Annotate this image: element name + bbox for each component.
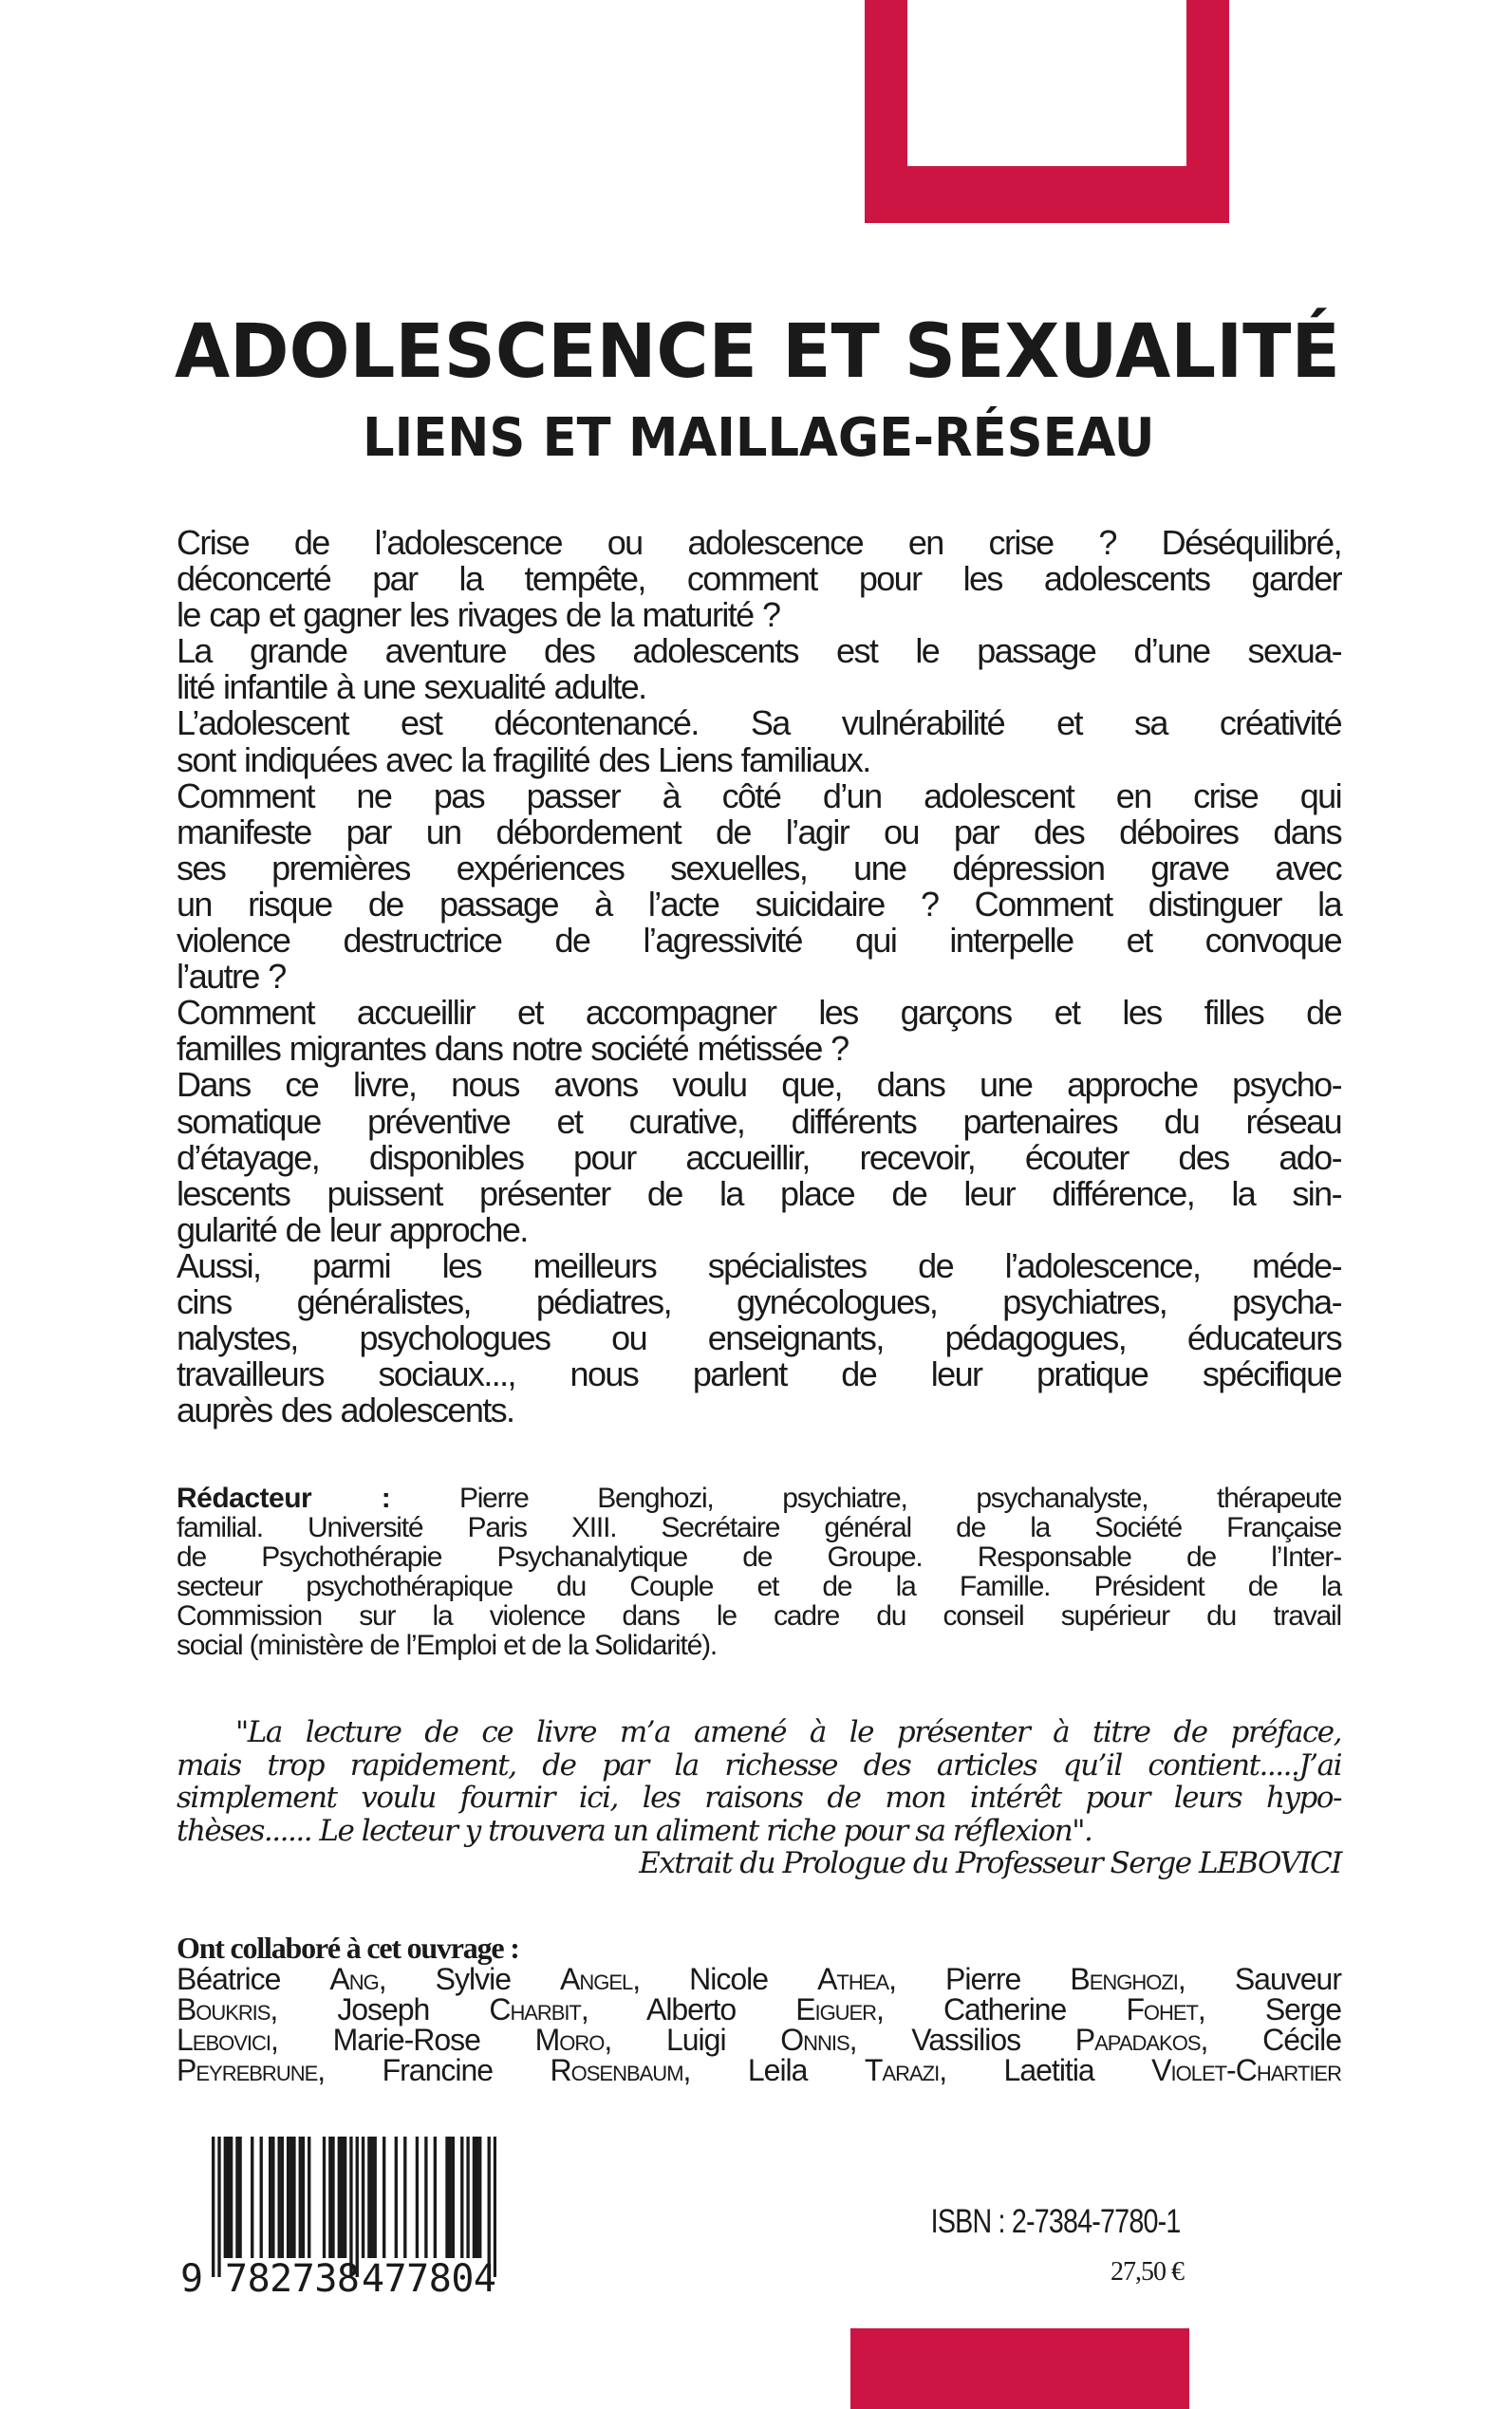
editor-line: social (ministère de l’Emploi et de la S… <box>177 1631 1341 1660</box>
top-red-frame-bottom <box>865 166 1229 223</box>
editor-bio: Rédacteur : Pierre Benghozi, psychiatre,… <box>177 1484 1341 1660</box>
blurb-line: le cap et gagner les rivages de la matur… <box>177 597 1341 633</box>
contributor-text: , Luigi <box>604 2023 780 2057</box>
blurb-line: violence destructrice de l’agressivité q… <box>177 923 1341 959</box>
contributor-text: , Alberto <box>581 1992 795 2026</box>
contributor-surname: Lebovici <box>177 2023 271 2057</box>
editor-line: de Psychothérapie Psychanalytique de Gro… <box>177 1542 1341 1572</box>
contributor-text: , Pierre <box>888 1962 1070 1996</box>
barcode-digits: 9 782738 477804 <box>180 2259 508 2299</box>
barcode-left-group: 782738 <box>225 2259 360 2299</box>
quote-line: simplement voulu fournir ici, les raison… <box>177 1782 1341 1815</box>
quote-attribution: Extrait du Prologue du Professeur Serge … <box>177 1847 1341 1880</box>
contributor-surname: Violet-Chartier <box>1151 2053 1341 2087</box>
blurb-line: Comment accueillir et accompagner les ga… <box>177 995 1341 1031</box>
contributor-text: , Vassilios <box>849 2023 1075 2057</box>
contributors-line: Lebovici, Marie-Rose Moro, Luigi Onnis, … <box>177 2025 1341 2055</box>
blurb-line: lescents puissent présenter de la place … <box>177 1176 1341 1212</box>
contributor-surname: Papadakos <box>1075 2023 1201 2057</box>
contributor-text: , Leila <box>683 2053 865 2087</box>
blurb-line: nalystes, psychologues ou enseignants, p… <box>177 1320 1341 1356</box>
blurb-line: gularité de leur approche. <box>177 1212 1341 1248</box>
contributors-line: Boukris, Joseph Charbit, Alberto Eiguer,… <box>177 1994 1341 2025</box>
blurb-line: cins généralistes, pédiatres, gynécologu… <box>177 1284 1341 1320</box>
blurb-line: auprès des adolescents. <box>177 1392 1341 1429</box>
blurb-line: sont indiquées avec la fragilité des Lie… <box>177 742 1341 778</box>
blurb-line: ses premières expériences sexuelles, une… <box>177 850 1341 887</box>
blurb-line: d’étayage, disponibles pour accueillir, … <box>177 1140 1341 1176</box>
contributor-surname: Benghozi <box>1070 1962 1178 1996</box>
blurb-line: lité infantile à une sexualité adulte. <box>177 669 1341 705</box>
contributor-text: , Catherine <box>876 1992 1126 2026</box>
contributor-text: , Laetitia <box>939 2053 1151 2087</box>
book-title: ADOLESCENCE ET SEXUALITÉ <box>175 313 1340 391</box>
contributors-heading: Ont collaboré à cet ouvrage : <box>177 1932 1341 1964</box>
contributor-text: , Sylvie <box>379 1962 560 1996</box>
contributor-text: , Sauveur <box>1178 1962 1341 1996</box>
editor-line: secteur psychothérapique du Couple et de… <box>177 1572 1341 1601</box>
contributor-surname: Charbit <box>489 1992 580 2026</box>
contributor-text: , Joseph <box>270 1992 489 2026</box>
contributor-text: , Nicole <box>632 1962 817 1996</box>
contributor-text: , Francine <box>317 2053 550 2087</box>
price-label: 27,50 € <box>1111 2257 1184 2288</box>
editor-line: familial. Université Paris XIII. Secréta… <box>177 1513 1341 1542</box>
blurb-line: L’adolescent est décontenancé. Sa vulnér… <box>177 705 1341 741</box>
quote-line: thèses...... Le lecteur y trouvera un al… <box>177 1815 1341 1848</box>
contributors-line: Béatrice Ang, Sylvie Angel, Nicole Athea… <box>177 1964 1341 1994</box>
contributor-surname: Ang <box>329 1962 378 1996</box>
contributor-text: , Serge <box>1198 1992 1341 2026</box>
blurb-line: somatique préventive et curative, différ… <box>177 1104 1341 1140</box>
contributors-line: Peyrebrune, Francine Rosenbaum, Leila Ta… <box>177 2055 1341 2085</box>
editor-first-line: Rédacteur : Pierre Benghozi, psychiatre,… <box>177 1484 1341 1513</box>
blurb-line: Aussi, parmi les meilleurs spécialistes … <box>177 1248 1341 1284</box>
blurb-line: déconcerté par la tempête, comment pour … <box>177 561 1341 597</box>
contributors-section: Ont collaboré à cet ouvrage : Béatrice A… <box>177 1932 1341 2085</box>
editor-label: Rédacteur : <box>177 1483 390 1514</box>
contributor-text: , Marie-Rose <box>271 2023 535 2057</box>
blurb-line: La grande aventure des adolescents est l… <box>177 633 1341 669</box>
blurb-line: un risque de passage à l’acte suicidaire… <box>177 887 1341 923</box>
barcode-icon <box>212 2137 496 2277</box>
contributor-text: , Cécile <box>1201 2023 1341 2057</box>
prologue-quote: "La lecture de ce livre m’a amené à le p… <box>177 1716 1341 1880</box>
blurb-line: Dans ce livre, nous avons voulu que, dan… <box>177 1067 1341 1103</box>
contributor-surname: Tarazi <box>865 2053 939 2087</box>
contributor-surname: Boukris <box>177 1992 270 2026</box>
blurb-line: familles migrantes dans notre société mé… <box>177 1031 1341 1067</box>
barcode-lead-digit: 9 <box>180 2259 203 2299</box>
contributor-surname: Angel <box>560 1962 632 1996</box>
book-subtitle: LIENS ET MAILLAGE-RÉSEAU <box>363 410 1155 467</box>
bottom-red-block <box>850 2328 1189 2409</box>
editor-line: Commission sur la violence dans le cadre… <box>177 1601 1341 1631</box>
blurb-line: travailleurs sociaux..., nous parlent de… <box>177 1356 1341 1392</box>
contributor-surname: Fohet <box>1126 1992 1197 2026</box>
blurb-line: Crise de l’adolescence ou adolescence en… <box>177 525 1341 561</box>
quote-line: "La lecture de ce livre m’a amené à le p… <box>177 1716 1341 1749</box>
contributors-list: Béatrice Ang, Sylvie Angel, Nicole Athea… <box>177 1964 1341 2085</box>
isbn-label: ISBN : 2-7384-7780-1 <box>930 2203 1180 2241</box>
contributor-surname: Peyrebrune <box>177 2053 317 2087</box>
editor-first-line-text: Pierre Benghozi, psychiatre, psychanalys… <box>390 1483 1341 1514</box>
contributor-surname: Rosenbaum <box>551 2053 683 2087</box>
contributor-surname: Athea <box>817 1962 888 1996</box>
blurb-text: Crise de l’adolescence ou adolescence en… <box>177 525 1341 1429</box>
blurb-line: l’autre ? <box>177 959 1341 995</box>
blurb-line: Comment ne pas passer à côté d’un adoles… <box>177 778 1341 814</box>
barcode-right-group: 477804 <box>362 2259 496 2299</box>
contributor-surname: Onnis <box>780 2023 849 2057</box>
contributor-surname: Eiguer <box>795 1992 876 2026</box>
blurb-line: manifeste par un débordement de l’agir o… <box>177 814 1341 850</box>
contributor-text: Béatrice <box>177 1962 329 1996</box>
contributor-surname: Moro <box>535 2023 605 2057</box>
quote-line: mais trop rapidement, de par la richesse… <box>177 1749 1341 1783</box>
